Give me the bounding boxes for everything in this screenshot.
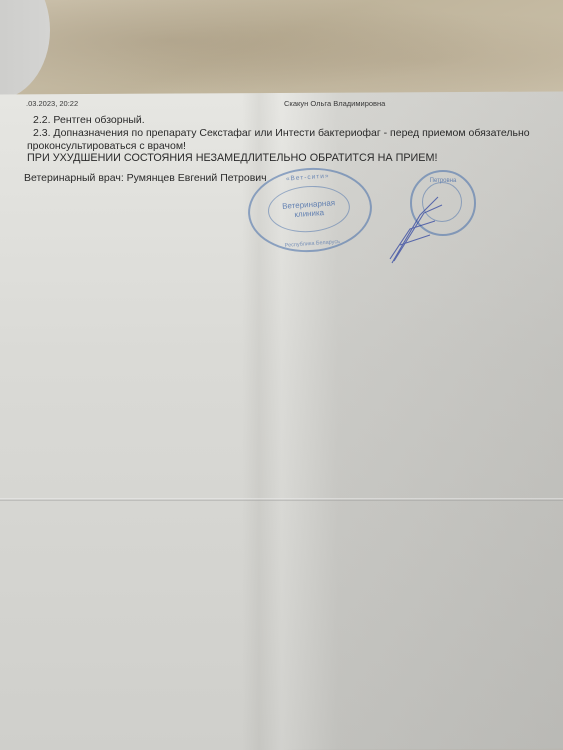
item-2-2: 2.2. Рентген обзорный. bbox=[33, 114, 145, 126]
warning-text: ПРИ УХУДШЕНИИ СОСТОЯНИЯ НЕЗАМЕДЛИТЕЛЬНО … bbox=[27, 152, 437, 164]
clinic-stamp-line2: клиника bbox=[294, 208, 324, 219]
owner-name: Скакун Ольга Владимировна bbox=[284, 99, 385, 108]
signature-icon bbox=[380, 185, 450, 265]
doctor-signature-line: Ветеринарный врач: Румянцев Евгений Петр… bbox=[24, 172, 267, 184]
item-2-3: 2.3. Допназначения по препарату Секстафа… bbox=[33, 127, 530, 139]
print-datetime: .03.2023, 20:22 bbox=[26, 99, 78, 108]
item-2-3-continued: проконсультироваться с врачом! bbox=[27, 140, 186, 152]
clinic-stamp-center: Ветеринарная клиника bbox=[266, 183, 351, 235]
document-text: .03.2023, 20:22 Скакун Ольга Владимировн… bbox=[0, 0, 563, 750]
